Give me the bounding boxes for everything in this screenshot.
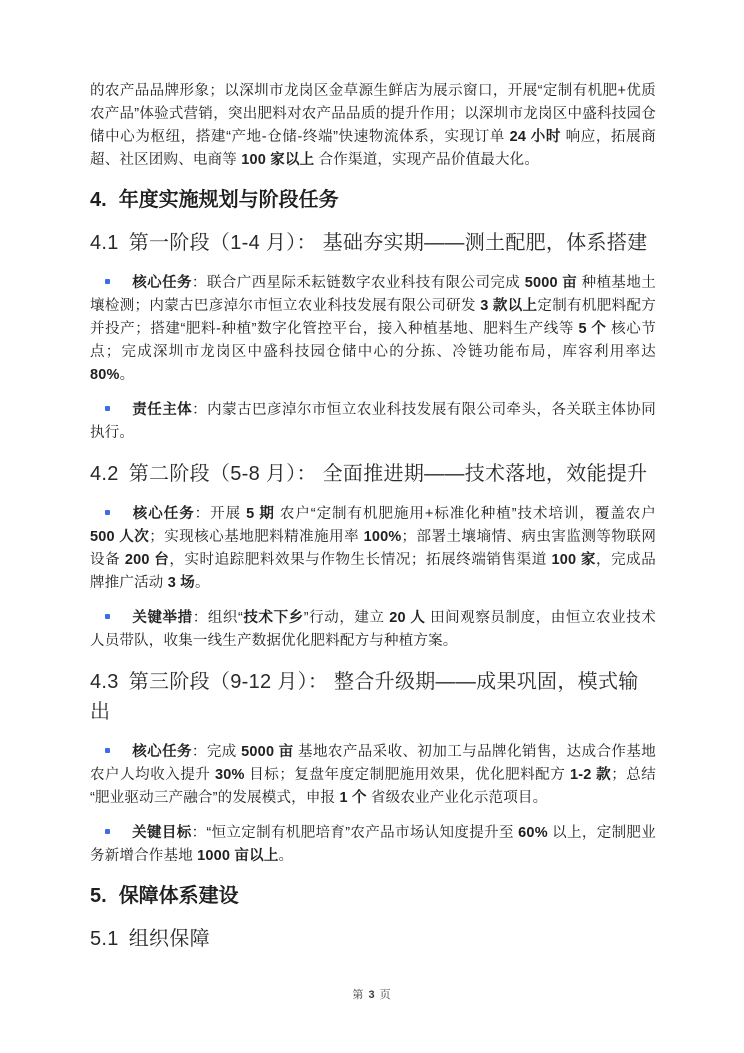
heading-text: 第三阶段（9-12 月）： 整合升级期——成果巩固，模式输出 xyxy=(90,671,639,723)
section-4-heading: 4.年度实施规划与阶段任务 xyxy=(90,186,656,214)
heading-number: 4. xyxy=(90,189,107,211)
heading-number: 5. xyxy=(90,885,107,907)
section-5-heading: 5.保障体系建设 xyxy=(90,882,656,910)
page-footer: 第 3 页 xyxy=(0,988,744,1003)
heading-number: 4.1 xyxy=(90,232,119,254)
bullet-text: 核心任务：开展 5 期 农户“定制有机肥施用+标准化种植”技术培训，覆盖农户 5… xyxy=(90,506,656,591)
bullet-icon xyxy=(105,279,110,284)
bullet-icon xyxy=(105,406,110,411)
heading-text: 年度实施规划与阶段任务 xyxy=(119,189,339,211)
heading-number: 5.1 xyxy=(90,928,119,950)
document-page: 的农产品品牌形象；以深圳市龙岗区金草源生鲜店为展示窗口，开展“定制有机肥+优质农… xyxy=(0,0,744,1053)
bullet-item-core-tasks-2: 核心任务：开展 5 期 农户“定制有机肥施用+标准化种植”技术培训，覆盖农户 5… xyxy=(90,503,656,595)
heading-text: 组织保障 xyxy=(129,928,210,950)
section-4-2-heading: 4.2第二阶段（5-8 月）： 全面推进期——技术落地，效能提升 xyxy=(90,459,656,489)
bullet-item-key-goals: 关键目标：“恒立定制有机肥培育”农产品市场认知度提升至 60% 以上，定制肥业务… xyxy=(90,822,656,868)
bullet-text: 核心任务：完成 5000 亩 基地农产品采收、初加工与品牌化销售，达成合作基地农… xyxy=(90,744,656,806)
bullet-text: 关键目标：“恒立定制有机肥培育”农产品市场认知度提升至 60% 以上，定制肥业务… xyxy=(90,825,656,864)
section-4-3-heading: 4.3第三阶段（9-12 月）： 整合升级期——成果巩固，模式输出 xyxy=(90,667,656,727)
bullet-text: 核心任务：联合广西星际禾耘链数字农业科技有限公司完成 5000 亩 种植基地土壤… xyxy=(90,275,656,383)
page-content: 的农产品品牌形象；以深圳市龙岗区金草源生鲜店为展示窗口，开展“定制有机肥+优质农… xyxy=(0,0,744,954)
bullet-item-responsible-party: 责任主体：内蒙古巴彦淖尔市恒立农业科技发展有限公司牵头，各关联主体协同执行。 xyxy=(90,399,656,445)
bullet-icon xyxy=(105,510,110,515)
bullet-text: 关键举措：组织“技术下乡”行动，建立 20 人 田间观察员制度，由恒立农业技术人… xyxy=(90,610,656,649)
bullet-item-key-measures: 关键举措：组织“技术下乡”行动，建立 20 人 田间观察员制度，由恒立农业技术人… xyxy=(90,607,656,653)
intro-paragraph: 的农产品品牌形象；以深圳市龙岗区金草源生鲜店为展示窗口，开展“定制有机肥+优质农… xyxy=(90,80,656,172)
section-5-1-heading: 5.1组织保障 xyxy=(90,924,656,954)
bullet-icon xyxy=(105,614,110,619)
heading-number: 4.2 xyxy=(90,463,119,485)
heading-number: 4.3 xyxy=(90,671,119,693)
bullet-icon xyxy=(105,748,110,753)
section-4-1-heading: 4.1第一阶段（1-4 月）： 基础夯实期——测土配肥，体系搭建 xyxy=(90,228,656,258)
bullet-item-core-tasks-1: 核心任务：联合广西星际禾耘链数字农业科技有限公司完成 5000 亩 种植基地土壤… xyxy=(90,272,656,387)
bullet-text: 责任主体：内蒙古巴彦淖尔市恒立农业科技发展有限公司牵头，各关联主体协同执行。 xyxy=(90,402,656,441)
bullet-item-core-tasks-3: 核心任务：完成 5000 亩 基地农产品采收、初加工与品牌化销售，达成合作基地农… xyxy=(90,741,656,810)
heading-text: 保障体系建设 xyxy=(119,885,239,907)
heading-text: 第一阶段（1-4 月）： 基础夯实期——测土配肥，体系搭建 xyxy=(129,232,648,254)
bullet-icon xyxy=(105,829,110,834)
heading-text: 第二阶段（5-8 月）： 全面推进期——技术落地，效能提升 xyxy=(129,463,648,485)
